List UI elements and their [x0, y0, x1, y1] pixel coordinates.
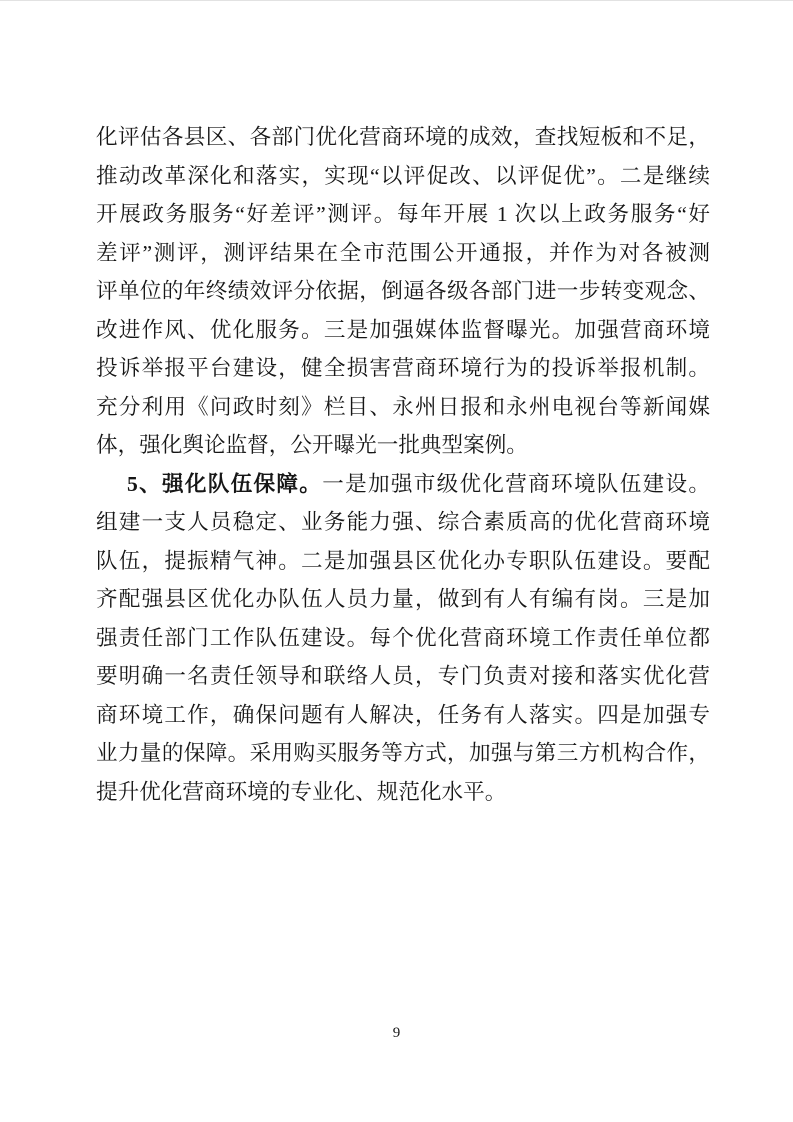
text-line: 差评”测评，测评结果在全市范围公开通报，并作为对各被测 — [96, 234, 710, 273]
body-text: 推动改革深化和落实，实现“以评促改、以评促优”。二是继续 — [96, 164, 710, 188]
text-line: 商环境工作，确保问题有人解决，任务有人落实。四是加强专 — [96, 696, 710, 735]
body-text: 要明确一名责任领导和联络人员，专门负责对接和落实优化营 — [96, 664, 710, 688]
page-footer: 9 — [0, 1024, 793, 1042]
body-text: 投诉举报平台建设，健全损害营商环境行为的投诉举报机制。 — [96, 356, 710, 380]
text-line: 业力量的保障。采用购买服务等方式，加强与第三方机构合作， — [96, 734, 710, 773]
body-text: 差评”测评，测评结果在全市范围公开通报，并作为对各被测 — [96, 241, 710, 265]
section-heading-text: 5、强化队伍保障。 — [127, 472, 322, 496]
text-line: 评单位的年终绩效评分依据，倒逼各级各部门进一步转变观念、 — [96, 272, 710, 311]
text-line: 要明确一名责任领导和联络人员，专门负责对接和落实优化营 — [96, 657, 710, 696]
text-line: 齐配强县区优化办队伍人员力量，做到有人有编有岗。三是加 — [96, 580, 710, 619]
page-top-edge — [0, 0, 793, 1]
body-text: 化评估各县区、各部门优化营商环境的成效，查找短板和不足， — [96, 125, 710, 149]
body-text: 评单位的年终绩效评分依据，倒逼各级各部门进一步转变观念、 — [96, 279, 710, 303]
text-line: 提升优化营商环境的专业化、规范化水平。 — [96, 773, 710, 812]
body-text: 充分利用《问政时刻》栏目、永州日报和永州电视台等新闻媒 — [96, 395, 710, 419]
body-text: 改进作风、优化服务。三是加强媒体监督曝光。加强营商环境 — [96, 318, 710, 342]
text-line: 化评估各县区、各部门优化营商环境的成效，查找短板和不足， — [96, 118, 710, 157]
document-page: 化评估各县区、各部门优化营商环境的成效，查找短板和不足，推动改革深化和落实，实现… — [0, 0, 793, 1122]
text-line: 推动改革深化和落实，实现“以评促改、以评促优”。二是继续 — [96, 157, 710, 196]
body-text: 提升优化营商环境的专业化、规范化水平。 — [96, 780, 506, 804]
text-line: 充分利用《问政时刻》栏目、永州日报和永州电视台等新闻媒 — [96, 388, 710, 427]
body-text: 强责任部门工作队伍建设。每个优化营商环境工作责任单位都 — [96, 626, 710, 650]
body-text: 一是加强市级优化营商环境队伍建设。 — [322, 472, 710, 496]
body-text: 组建一支人员稳定、业务能力强、综合素质高的优化营商环境 — [96, 510, 710, 534]
text-line: 组建一支人员稳定、业务能力强、综合素质高的优化营商环境 — [96, 503, 710, 542]
body-text: 开展政务服务“好差评”测评。每年开展 1 次以上政务服务“好 — [96, 202, 710, 226]
body-text: 商环境工作，确保问题有人解决，任务有人落实。四是加强专 — [96, 703, 710, 727]
body-text: 业力量的保障。采用购买服务等方式，加强与第三方机构合作， — [96, 741, 710, 765]
document-body: 化评估各县区、各部门优化营商环境的成效，查找短板和不足，推动改革深化和落实，实现… — [96, 118, 710, 811]
text-line: 改进作风、优化服务。三是加强媒体监督曝光。加强营商环境 — [96, 311, 710, 350]
text-line: 队伍，提振精气神。二是加强县区优化办专职队伍建设。要配 — [96, 542, 710, 581]
text-line: 体，强化舆论监督，公开曝光一批典型案例。 — [96, 426, 710, 465]
text-line: 强责任部门工作队伍建设。每个优化营商环境工作责任单位都 — [96, 619, 710, 658]
page-number: 9 — [393, 1025, 401, 1041]
body-text: 体，强化舆论监督，公开曝光一批典型案例。 — [96, 433, 528, 457]
text-line: 开展政务服务“好差评”测评。每年开展 1 次以上政务服务“好 — [96, 195, 710, 234]
body-text: 队伍，提振精气神。二是加强县区优化办专职队伍建设。要配 — [96, 549, 710, 573]
text-line: 5、强化队伍保障。一是加强市级优化营商环境队伍建设。 — [96, 465, 710, 504]
body-text: 齐配强县区优化办队伍人员力量，做到有人有编有岗。三是加 — [96, 587, 710, 611]
text-line: 投诉举报平台建设，健全损害营商环境行为的投诉举报机制。 — [96, 349, 710, 388]
